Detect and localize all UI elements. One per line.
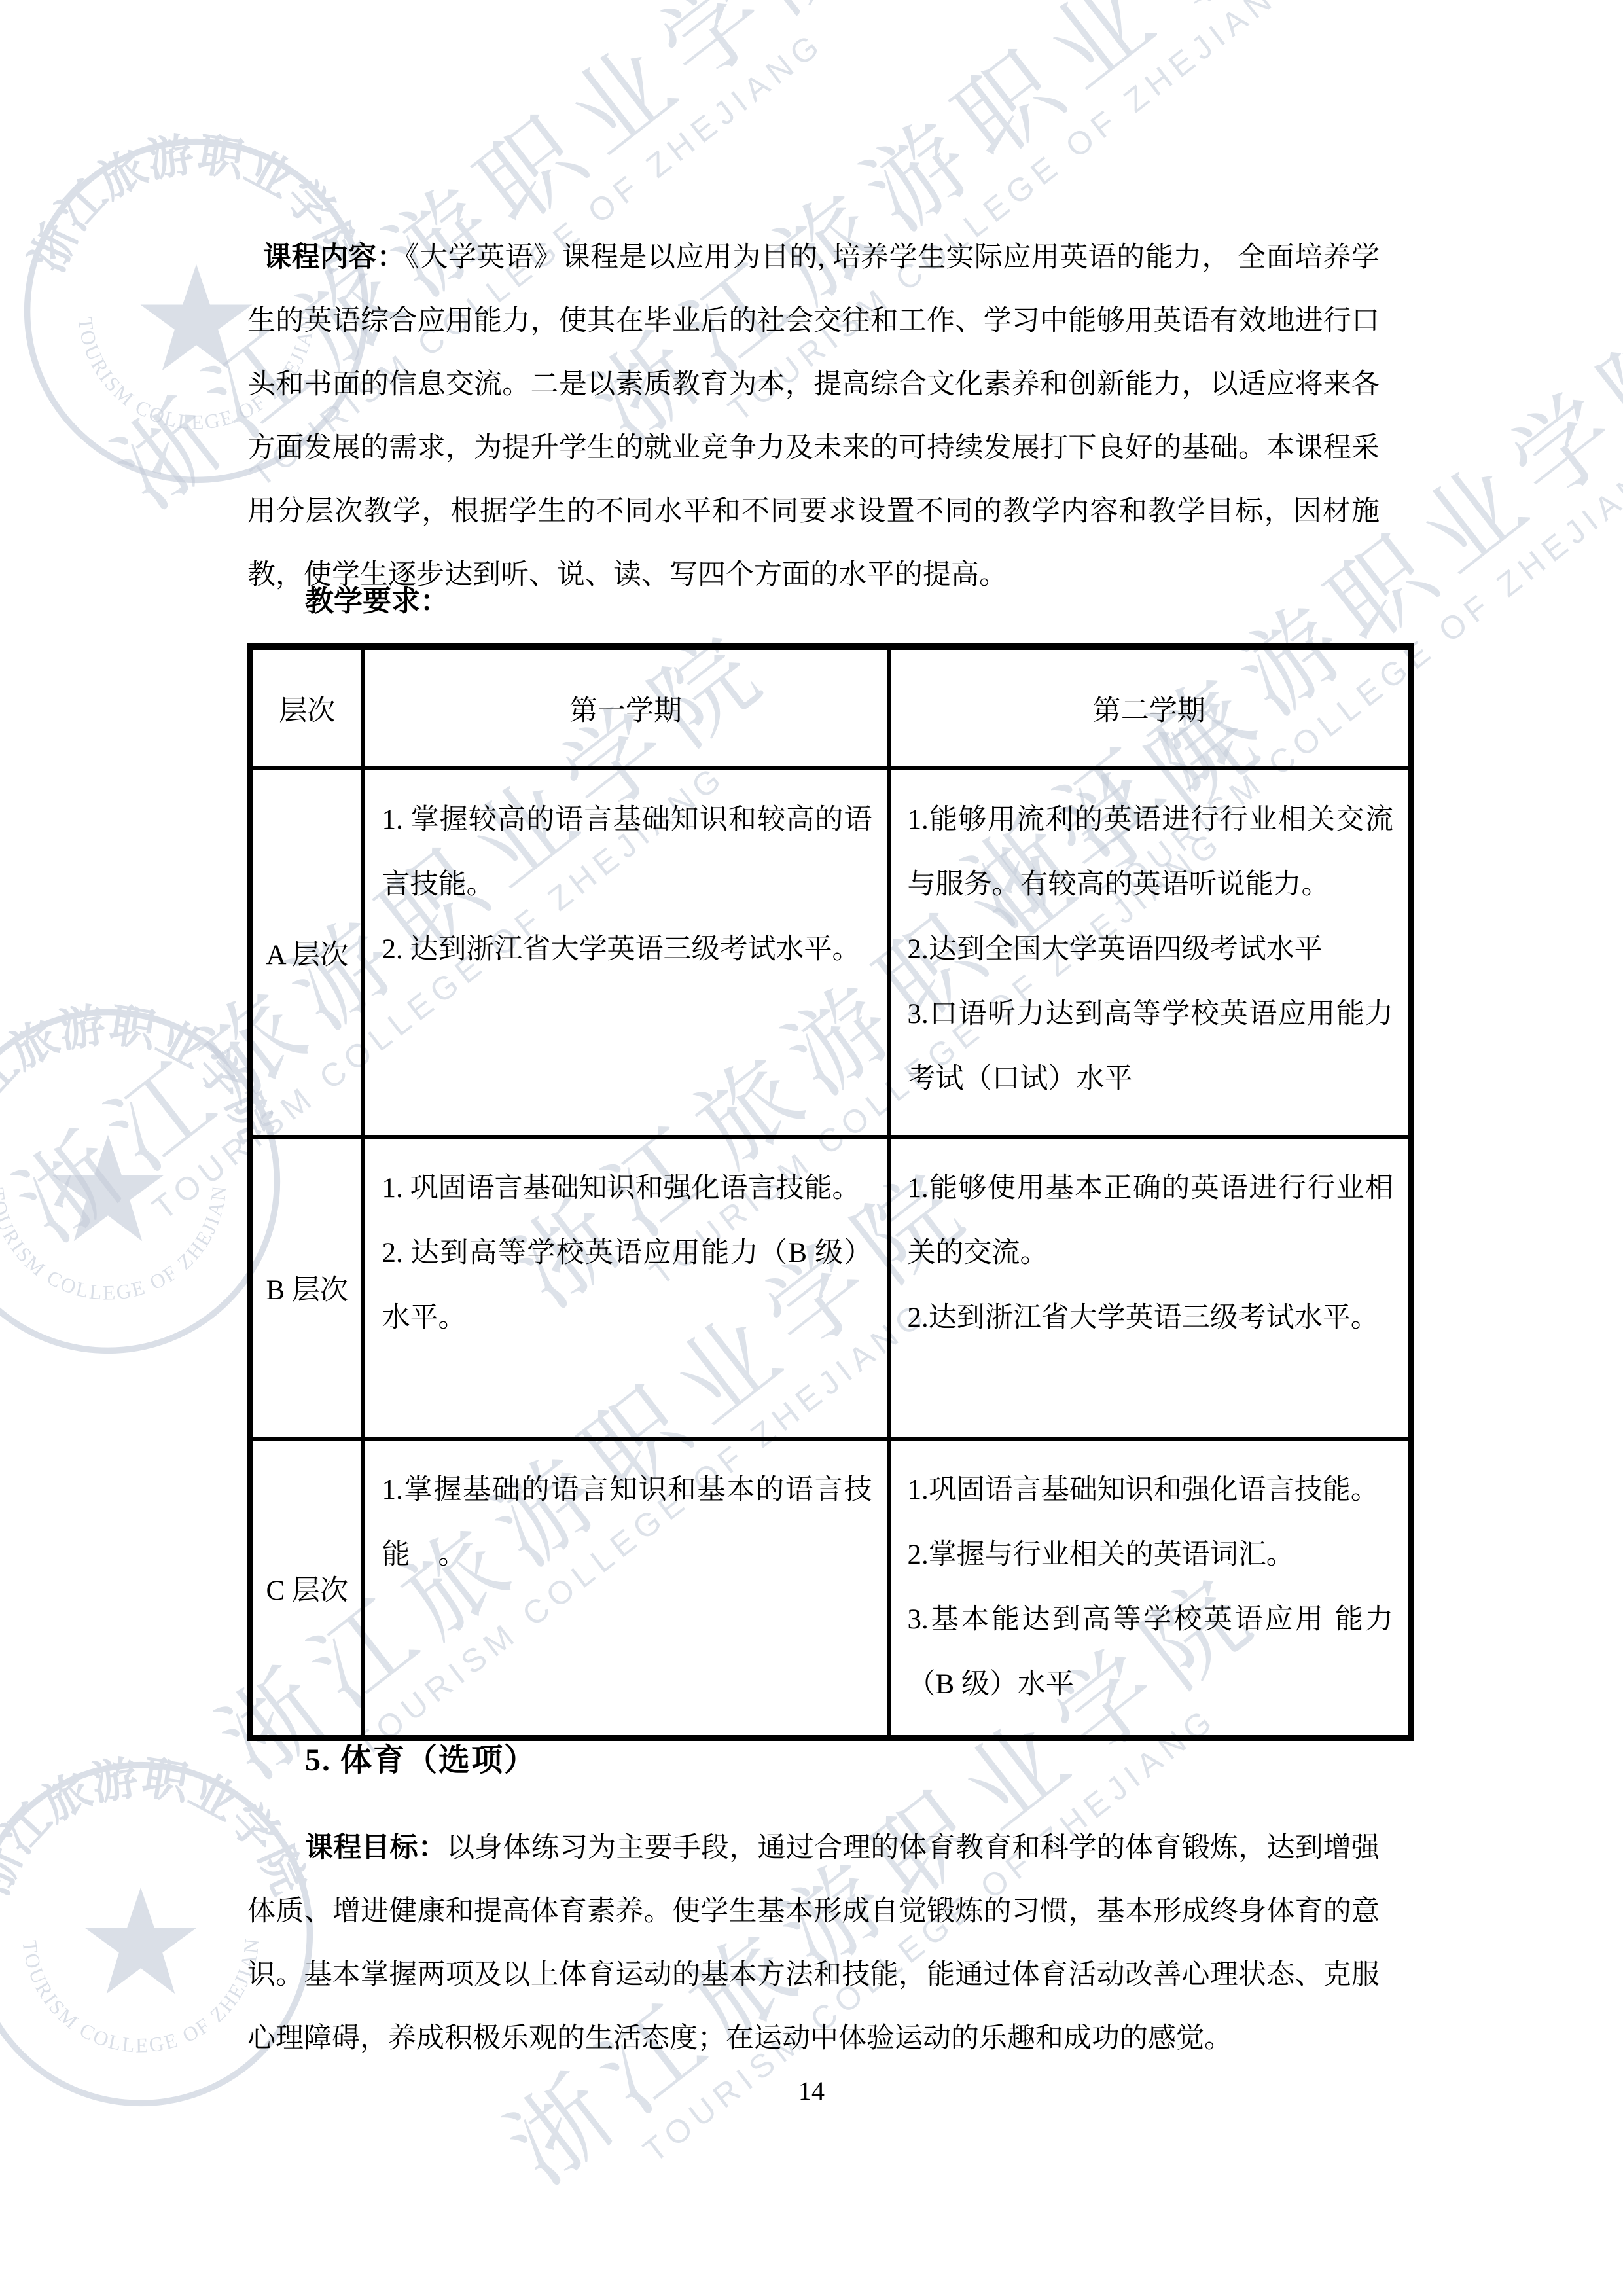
table-row-level-b: B 层次 1. 巩固语言基础知识和强化语言技能。 2. 达到高等学校英语应用能力…	[251, 1137, 1411, 1439]
course-goal-paragraph: 课程目标：以身体练习为主要手段，通过合理的体育教育和科学的体育锻炼，达到增强体质…	[247, 1816, 1380, 2070]
course-content-text: 《大学英语》课程是以应用为目的, 培养学生实际应用英语的能力， 全面培养学生的英…	[247, 242, 1380, 590]
document-page: 浙江旅游职业学院 TOURISM COLLEGE OF ZHEJIANG 浙江旅…	[0, 0, 1623, 2296]
teaching-requirements-table: 层次 第一学期 第二学期 A 层次 1. 掌握较高的语言基础知识和较高的语言技能…	[247, 643, 1414, 1741]
content-layer: 课程内容：《大学英语》课程是以应用为目的, 培养学生实际应用英语的能力， 全面培…	[0, 0, 1623, 2296]
level-a-label: A 层次	[251, 768, 363, 1137]
course-goal-label: 课程目标：	[305, 1833, 446, 1863]
table-row-level-c: C 层次 1.掌握基础的语言知识和基本的语言技能 。 1.巩固语言基础知识和强化…	[251, 1439, 1411, 1738]
level-a-semester-2: 1.能够用流利的英语进行行业相关交流与服务。有较高的英语听说能力。 2.达到全国…	[889, 768, 1411, 1137]
level-b-label: B 层次	[251, 1137, 363, 1439]
level-b-semester-1: 1. 巩固语言基础知识和强化语言技能。 2. 达到高等学校英语应用能力（B 级）…	[363, 1137, 889, 1439]
level-b-semester-2: 1.能够使用基本正确的英语进行行业相关的交流。 2.达到浙江省大学英语三级考试水…	[889, 1137, 1411, 1439]
table-row-level-a: A 层次 1. 掌握较高的语言基础知识和较高的语言技能。 2. 达到浙江省大学英…	[251, 768, 1411, 1137]
header-semester-1: 第一学期	[363, 647, 889, 769]
header-semester-2: 第二学期	[889, 647, 1411, 769]
level-a-semester-1: 1. 掌握较高的语言基础知识和较高的语言技能。 2. 达到浙江省大学英语三级考试…	[363, 768, 889, 1137]
teaching-requirements-heading: 教学要求：	[305, 569, 449, 633]
course-content-label: 课程内容：	[263, 242, 405, 273]
section-5-heading: 5. 体育（选项）	[305, 1740, 537, 1782]
page-number: 14	[0, 2073, 1623, 2109]
level-c-semester-2: 1.巩固语言基础知识和强化语言技能。 2.掌握与行业相关的英语词汇。 3.基本能…	[889, 1439, 1411, 1738]
table-header-row: 层次 第一学期 第二学期	[251, 647, 1411, 769]
course-goal-text: 以身体练习为主要手段，通过合理的体育教育和科学的体育锻炼，达到增强体质、增进健康…	[247, 1833, 1380, 2054]
level-c-label: C 层次	[251, 1439, 363, 1738]
header-level: 层次	[251, 647, 363, 769]
course-content-paragraph: 课程内容：《大学英语》课程是以应用为目的, 培养学生实际应用英语的能力， 全面培…	[247, 226, 1380, 607]
level-c-semester-1: 1.掌握基础的语言知识和基本的语言技能 。	[363, 1439, 889, 1738]
